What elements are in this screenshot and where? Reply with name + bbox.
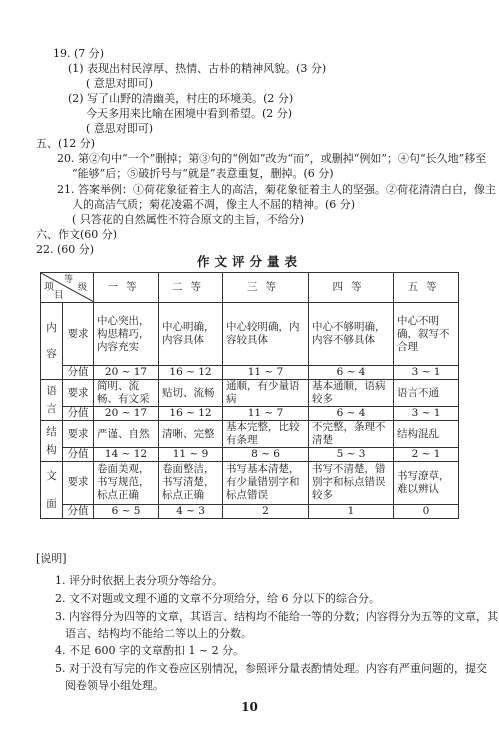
item-char: 文 [41,462,62,490]
cell-requirement: 清晰、完整 [159,421,223,448]
score-label: 分值 [63,407,94,421]
cell-requirement: 书写基本清楚，有少量错别字和标点错误 [223,462,309,505]
cell-score: 2 ~ 1 [394,448,459,462]
table-row-appearance-scores: 分值 6 ~ 5 4 ~ 3 2 1 0 [41,504,459,518]
cell-score: 16 ~ 12 [159,366,223,380]
q19-answer-2-note: ( 意思对即可) [86,122,153,136]
requirement-label: 要求 [63,421,94,448]
cell-score: 0 [394,504,459,518]
item-char: 构 [41,441,62,459]
requirement-label: 要求 [63,380,94,407]
section-6-heading: 六、作文(60 分) [36,228,117,242]
item-label-structure: 结 构 [41,421,63,462]
cell-score: 11 ~ 7 [223,407,309,421]
note-3-line2: 语言、结构均不能给二等以上的分数。 [65,627,252,641]
q21-answer-line1: 21. 答案举例：①荷花象征着主人的高洁，菊花象征着主人的坚强。②荷花清清白白，… [57,183,496,197]
cell-requirement: 卷面整洁，书写清楚，标点正确 [159,462,223,505]
cell-score: 6 ~ 4 [309,407,394,421]
corner-label-mu: 目 [54,289,64,302]
table-title: 作文评分量表 [0,252,499,270]
item-char: 语 [41,382,62,400]
cell-score: 4 ~ 3 [159,504,223,518]
table-row-language-scores: 分值 20 ~ 17 16 ~ 12 11 ~ 7 6 ~ 4 3 ~ 1 [41,407,459,421]
cell-score: 1 [309,504,394,518]
q19-answer-1-note: ( 意思对即可) [86,77,153,91]
cell-score: 3 ~ 1 [394,407,459,421]
cell-score: 14 ~ 12 [94,448,159,462]
cell-score: 5 ~ 3 [309,448,394,462]
note-5-line2: 阅卷领导小组处理。 [65,679,164,693]
scoring-table: 项 等 级 目 一等 二等 三等 四等 五等 内 容 要求 中心突出，构思精巧，… [40,272,459,519]
cell-score: 6 ~ 5 [94,504,159,518]
cell-requirement: 中心不明确，叙写不合理 [394,303,459,366]
cell-score: 3 ~ 1 [394,366,459,380]
q19-answer-2-line2: 今天多用来比喻在困境中看到希望。(2 分) [86,107,292,121]
cell-requirement: 中心突出，构思精巧，内容充实 [94,303,159,366]
corner-label-deng: 等 [64,274,73,287]
table-header-row: 项 等 级 目 一等 二等 三等 四等 五等 [41,273,459,303]
cell-score: 11 ~ 9 [159,448,223,462]
q19-answer-2: (2) 写了山野的清幽美，村庄的环境美。(2 分) [68,92,293,106]
cell-score: 6 ~ 4 [309,366,394,380]
cell-score: 2 [223,504,309,518]
note-2: 2. 文不对题或文理不通的文章不分项给分，给 6 分以下的综合分。 [55,592,380,606]
item-char: 结 [41,423,62,441]
cell-requirement: 语言不通 [394,380,459,407]
grade-header-3: 三等 [223,273,309,303]
grade-header-2: 二等 [159,273,223,303]
q19-heading: 19. (7 分) [53,47,104,61]
cell-requirement: 基本完整，比较有条理 [223,421,309,448]
q19-answer-1: (1) 表现出村民淳厚、热情、古朴的精神风貌。(3 分) [68,62,326,76]
cell-requirement: 严谨、自然 [94,421,159,448]
table-row-content-requirements: 内 容 要求 中心突出，构思精巧，内容充实 中心明确，内容具体 中心较明确，内容… [41,303,459,366]
grade-header-5: 五等 [394,273,459,303]
score-label: 分值 [63,366,94,380]
corner-label-xiang: 项 [44,281,54,294]
note-1: 1. 评分时依据上表分项分等给分。 [55,574,223,588]
cell-requirement: 贴切、流畅 [159,380,223,407]
table-row-structure-scores: 分值 14 ~ 12 11 ~ 9 8 ~ 6 5 ~ 3 2 ~ 1 [41,448,459,462]
item-char: 内 [41,315,62,341]
q21-note: ( 只答花的自然属性不符合原文的主旨，不给分) [72,213,304,227]
item-char: 言 [41,400,62,418]
cell-score: 8 ~ 6 [223,448,309,462]
requirement-label: 要求 [63,462,94,505]
cell-requirement: 中心较明确，内容较具体 [223,303,309,366]
cell-requirement: 书写不清楚，错别字和标点错误较多 [309,462,394,505]
table-row-language-requirements: 语 言 要求 简明、流畅、有文采 贴切、流畅 通顺，有少量语病 基本通顺，语病较… [41,380,459,407]
cell-score: 20 ~ 17 [94,366,159,380]
notes-heading: [说明] [36,552,67,566]
item-label-content: 内 容 [41,303,63,380]
cell-requirement: 结构混乱 [394,421,459,448]
item-label-appearance: 文 面 [41,462,63,519]
table-row-structure-requirements: 结 构 要求 严谨、自然 清晰、完整 基本完整，比较有条理 不完整，条理不清楚 … [41,421,459,448]
cell-requirement: 不完整，条理不清楚 [309,421,394,448]
cell-score: 16 ~ 12 [159,407,223,421]
note-3-line1: 3. 内容得分为四等的文章，其语言、结构均不能给一等的分数；内容得分为五等的文章… [55,610,498,624]
cell-requirement: 中心不够明确，内容不够具体 [309,303,394,366]
grade-header-4: 四等 [309,273,394,303]
item-char: 容 [41,341,62,367]
cell-requirement: 卷面美观，书写规范，标点正确 [94,462,159,505]
table-row-content-scores: 分值 20 ~ 17 16 ~ 12 11 ~ 7 6 ~ 4 3 ~ 1 [41,366,459,380]
cell-requirement: 简明、流畅、有文采 [94,380,159,407]
cell-requirement: 中心明确，内容具体 [159,303,223,366]
page-number: 10 [0,700,499,714]
cell-score: 20 ~ 17 [94,407,159,421]
grade-header-1: 一等 [94,273,159,303]
corner-label-ji: 级 [78,282,87,295]
score-label: 分值 [63,504,94,518]
q21-answer-line2: 人的高洁气质；菊花凌霜不凋，像主人不屈的精神。(6 分) [72,198,355,212]
score-label: 分值 [63,448,94,462]
note-5-line1: 5. 对于没有写完的作文卷应区别情况，参照评分量表酌情处理。内容有严重问题的，提… [55,662,487,676]
cell-requirement: 通顺，有少量语病 [223,380,309,407]
item-label-language: 语 言 [41,380,63,421]
section-5-heading: 五、(12 分) [36,137,95,151]
table-row-appearance-requirements: 文 面 要求 卷面美观，书写规范，标点正确 卷面整洁，书写清楚，标点正确 书写基… [41,462,459,505]
q20-answer-line2: “能够”后；⑤破折号与“就是”表意重复，删掉。(6 分) [72,167,334,181]
cell-requirement: 书写潦草，难以辨认 [394,462,459,505]
item-char: 面 [41,490,62,518]
cell-score: 11 ~ 7 [223,366,309,380]
note-4: 4. 不足 600 字的文章酌扣 1 ~ 2 分。 [55,644,244,658]
cell-requirement: 基本通顺，语病较多 [309,380,394,407]
requirement-label: 要求 [63,303,94,366]
corner-header-cell: 项 等 级 目 [41,273,94,303]
q20-answer-line1: 20. 第②句中“一个”删掉；第③句的“例如”改为“而”，或删掉“例如”；④句“… [57,152,486,166]
